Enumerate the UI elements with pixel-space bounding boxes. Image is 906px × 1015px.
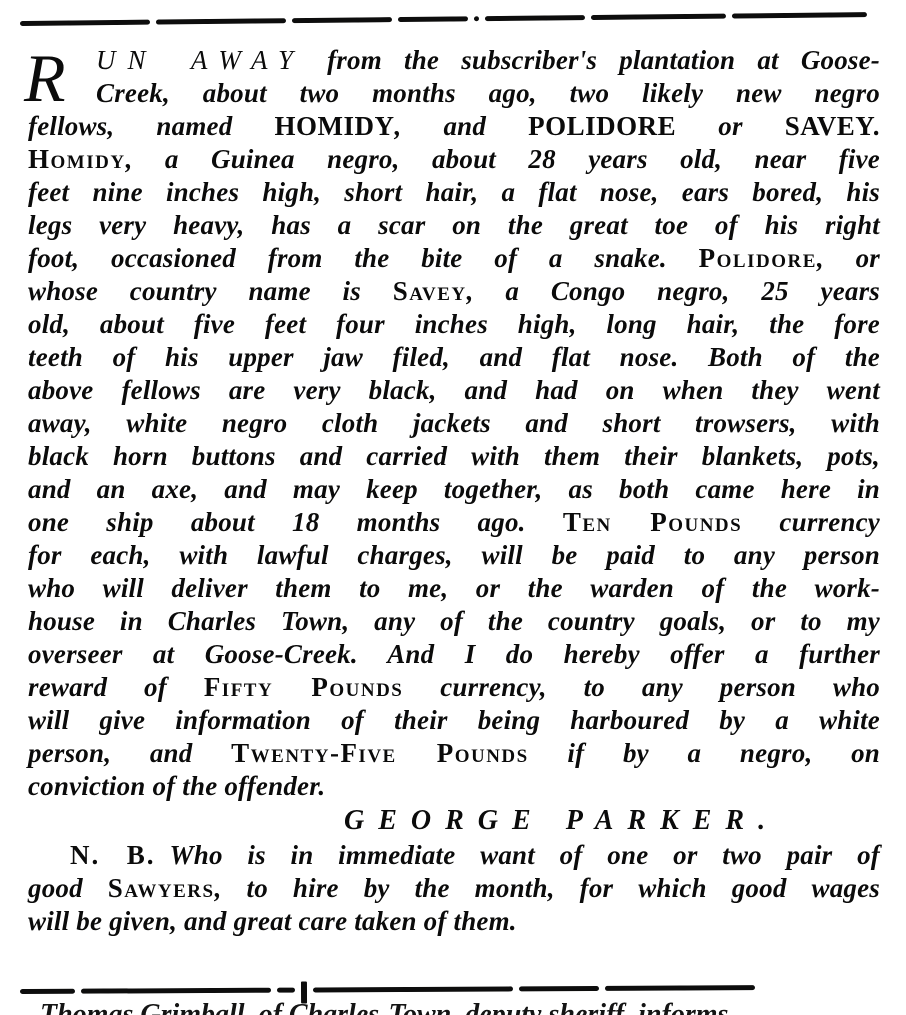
nota-bene-line-1: N. B.Who is in immediate want of one or … <box>28 839 880 872</box>
ad-line-1: UN AWAY from the subscriber's plantation… <box>28 44 880 77</box>
ad-line-20: reward of Fifty Pounds currency, to any … <box>28 671 880 704</box>
ad-line-12: away, white negro cloth jackets and shor… <box>28 407 880 440</box>
ad-line-21: will give information of their being har… <box>28 704 880 737</box>
ad-line-10: teeth of his upper jaw filed, and flat n… <box>28 341 880 374</box>
ad-line-14: and an axe, and may keep together, as bo… <box>28 473 880 506</box>
name-savey: SAVEY. <box>785 111 880 141</box>
name-homidy: HOMIDY <box>274 111 394 141</box>
ad-line-11: above fellows are very black, and had on… <box>28 374 880 407</box>
ad-line-22: person, and Twenty-Five Pounds if by a n… <box>28 737 880 770</box>
reward-twenty-five-pounds: Twenty-Five Pounds <box>231 738 529 768</box>
name-polidore: POLIDORE <box>528 111 676 141</box>
top-separator-rule <box>20 11 880 26</box>
ad-line-2: Creek, about two months ago, two likely … <box>28 77 880 110</box>
nota-bene-line-3: will be given, and great care taken of t… <box>28 905 880 938</box>
newspaper-page: out hence. R UN AWAY from the subscriber… <box>0 0 906 1015</box>
runaway-advertisement: R UN AWAY from the subscriber's plantati… <box>28 44 880 938</box>
next-article-cut-text: Thomas Grimball, of Charles-Town, deputy… <box>40 1001 900 1015</box>
bottom-separator-rule <box>20 983 880 994</box>
signature: GEORGE PARKER. <box>28 803 880 839</box>
ad-line-16: for each, with lawful charges, will be p… <box>28 539 880 572</box>
ad-line-9: old, about five feet four inches high, l… <box>28 308 880 341</box>
sawyers-caps: Sawyers <box>108 873 215 903</box>
ad-line-18: house in Charles Town, any of the countr… <box>28 605 880 638</box>
ad-line-15: one ship about 18 months ago. Ten Pounds… <box>28 506 880 539</box>
ad-line-7: foot, occasioned from the bite of a snak… <box>28 242 880 275</box>
ad-line-13: black horn buttons and carried with them… <box>28 440 880 473</box>
ad-line-6: legs very heavy, has a scar on the great… <box>28 209 880 242</box>
ad-line-23: conviction of the offender. <box>28 770 880 803</box>
nota-bene-line-2: good Sawyers, to hire by the month, for … <box>28 872 880 905</box>
ad-line-8: whose country name is Savey, a Congo neg… <box>28 275 880 308</box>
reward-fifty-pounds: Fifty Pounds <box>204 672 404 702</box>
ad-line-3: fellows, named HOMIDY, and POLIDORE or S… <box>28 110 880 143</box>
nota-bene-label: N. B. <box>70 840 156 870</box>
ad-line-19: overseer at Goose-Creek. And I do hereby… <box>28 638 880 671</box>
reward-ten-pounds: Ten Pounds <box>563 507 742 537</box>
ad-line-17: who will deliver them to me, or the ward… <box>28 572 880 605</box>
ad-line-5: feet nine inches high, short hair, a fla… <box>28 176 880 209</box>
ad-line-4: Homidy, a Guinea negro, about 28 years o… <box>28 143 880 176</box>
